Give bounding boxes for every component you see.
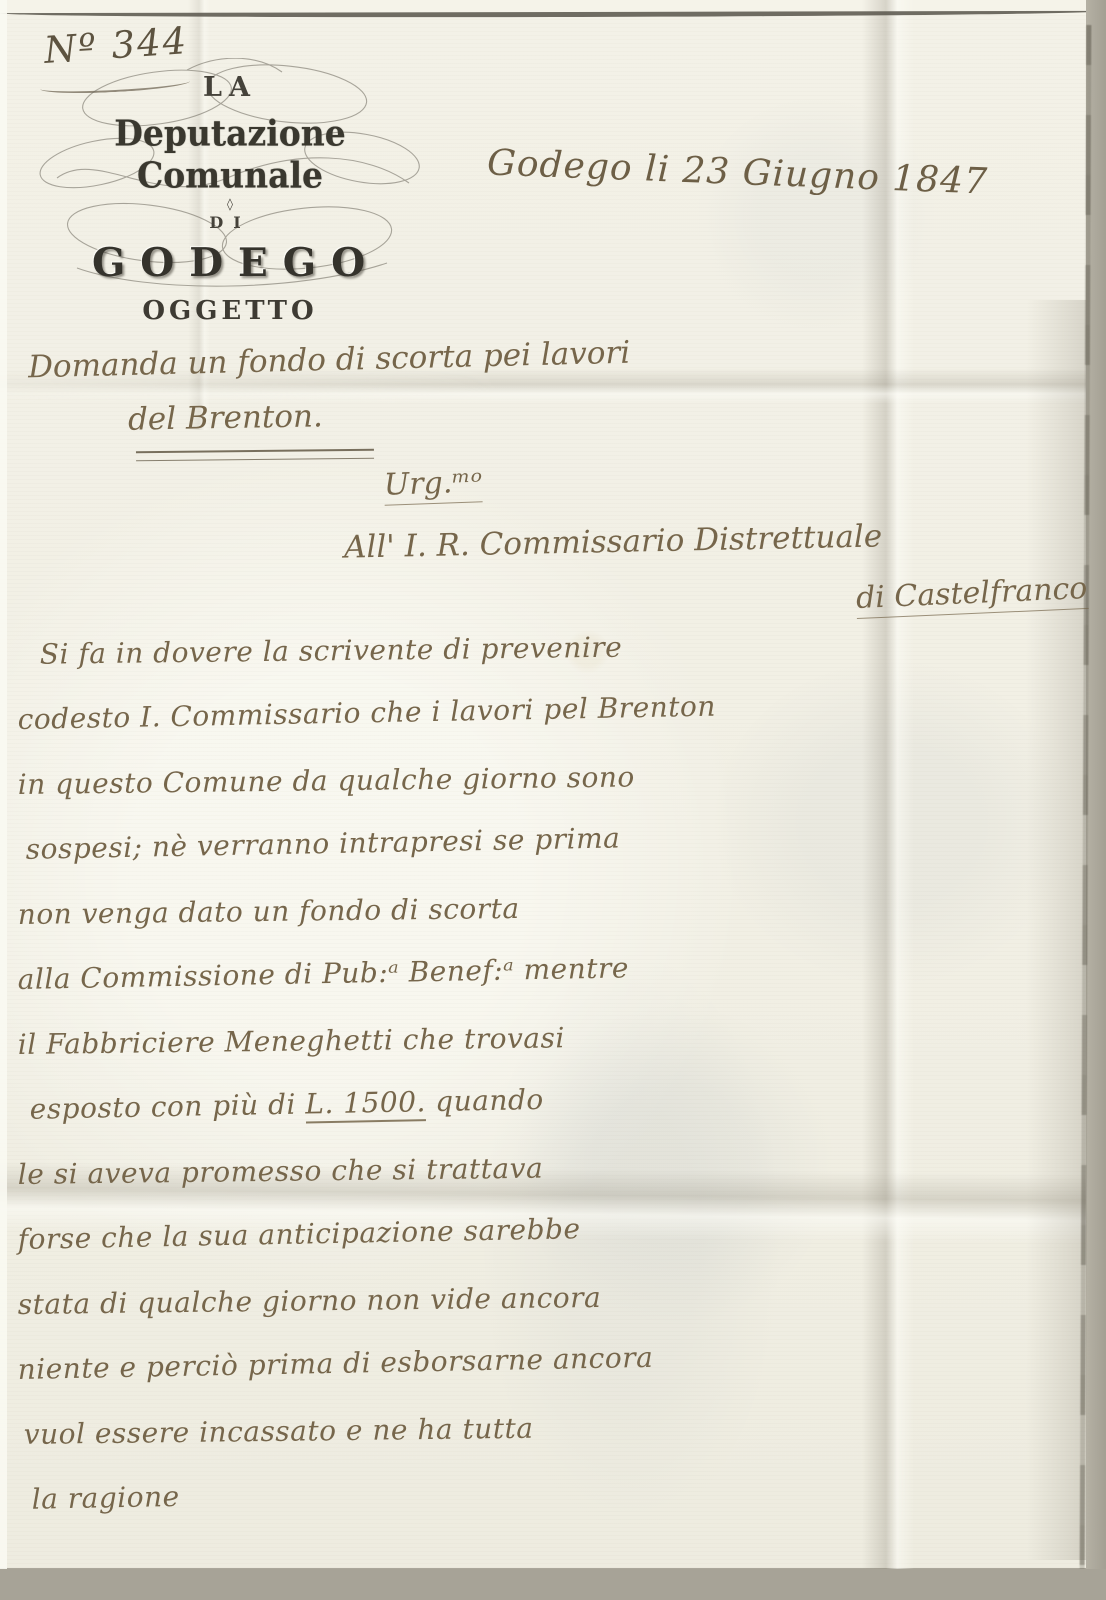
letterhead-diamond-ornament: ◊ [55,197,405,211]
body-line: vuol essere incassato e ne ha tutta [18,1411,599,1483]
letterhead-preposition: DI [55,213,405,232]
right-edge-shadow [1026,300,1086,1560]
letterhead: LA Deputazione Comunale ◊ DI GODEGO [55,72,405,286]
body-line: sospesi; nè verranno intrapresi se prima [17,822,598,898]
letterhead-municipality: GODEGO [55,240,405,286]
urgency-note: Urg.ᵐᵒ [383,464,483,505]
body-line: alla Commissione di Pub:ᵃ Benef:ᵃ mentre [17,952,598,1028]
body-line: in questo Comune da qualche giorno sono [18,761,599,833]
letterhead-article: LA [55,72,405,103]
scanned-letter: Nº 344 LA Deputazione Comunale ◊ DI GODE… [0,0,1106,1600]
body-text: Si fa in dovere la scrivente di prevenir… [18,638,598,1548]
subject-line-2: del Brenton. [128,398,323,437]
amount-post-text: quando [426,1083,544,1118]
amount-pre-text: esposto con più di [29,1087,305,1125]
bottom-scanner-strip [0,1569,1106,1600]
body-line: niente e perciò prima di esborsarne anco… [17,1342,598,1418]
body-line: il Fabbriciere Meneghetti che trovasi [18,1021,599,1093]
underlined-amount: L. 1500. [305,1085,426,1123]
body-line-amount: esposto con più di L. 1500. quando [17,1082,598,1158]
subject-label: OGGETTO [55,296,405,326]
vertical-fold-shadow [862,0,914,1600]
letterhead-institution: Deputazione Comunale [55,112,405,196]
body-line: le si aveva promesso che si trattava [18,1151,599,1223]
body-line: stata di qualche giorno non vide ancora [18,1281,599,1353]
body-line: forse che la sua anticipazione sarebbe [17,1212,598,1288]
body-line: codesto I. Commissario che i lavori pel … [17,692,598,768]
left-edge-strip [0,0,7,1600]
body-line: non venga dato un fondo di scorta [18,891,599,963]
body-line: Si fa in dovere la scrivente di prevenir… [18,631,599,703]
body-line: la ragione [17,1472,598,1548]
